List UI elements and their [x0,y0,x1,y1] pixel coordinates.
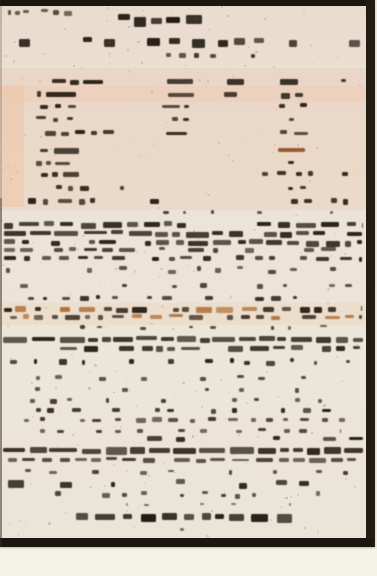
page-border-right [366,0,375,547]
page-border-top [0,0,374,6]
scan-background [0,0,377,576]
page-border-bottom [0,538,373,547]
scanned-document-page [0,0,375,547]
page-border-left-top [0,0,2,198]
page-frame-borders [0,0,375,547]
page-border-left [0,198,2,547]
